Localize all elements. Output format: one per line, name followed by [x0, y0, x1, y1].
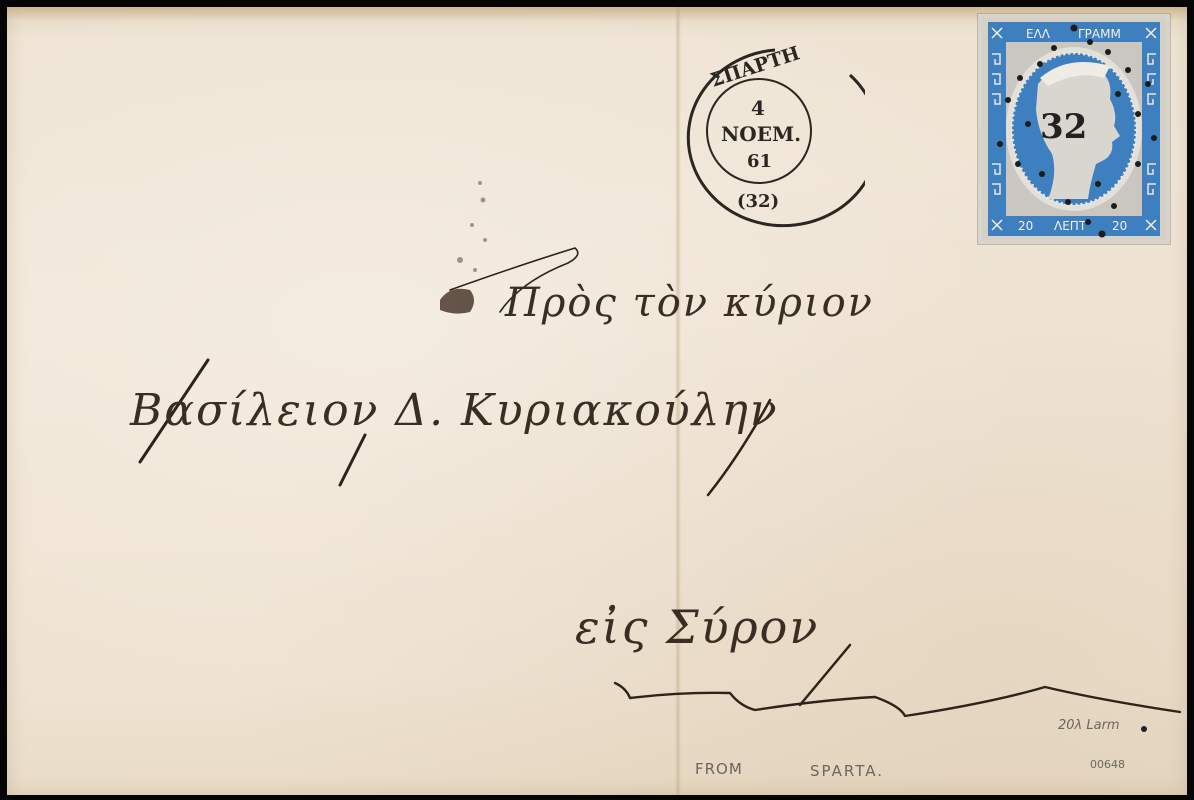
ink-dot: [1141, 726, 1147, 732]
sparta-postmark: ΣΠΑΡΤΗ 4 ΝΟΕΜ. 61 (32): [655, 45, 865, 235]
pencil-from-place: SPARTA.: [810, 762, 884, 780]
stamp-bottom-label: ΛΕΠΤ: [1054, 219, 1087, 233]
address-line-destination: εἰς Σύρον: [575, 600, 819, 654]
stamp-bottom-value-right: 20: [1112, 219, 1127, 233]
hermes-head-stamp: ΕΛΛ ΓΡΑΜΜ 20 ΛΕΠΤ 20: [978, 14, 1170, 244]
stamp-top-right-label: ΓΡΑΜΜ: [1078, 27, 1121, 41]
postmark-year: 61: [747, 151, 772, 172]
postmark-town: ΣΠΑΡΤΗ: [708, 45, 803, 92]
cancel-number: 32: [1040, 107, 1087, 147]
postmark-month: ΝΟΕΜ.: [721, 122, 801, 146]
address-line-recipient: Βασίλειον Δ. Κυριακούλην: [130, 385, 779, 436]
stamp-bottom-value-left: 20: [1018, 219, 1033, 233]
postmark-day: 4: [751, 96, 765, 120]
pencil-note-number: 00648: [1090, 758, 1125, 771]
stamp-top-left-label: ΕΛΛ: [1026, 27, 1051, 41]
address-line-salutation: Πρὸς τὸν κύριον: [505, 280, 874, 326]
postmark-office-number: (32): [737, 191, 779, 212]
pencil-note-catalogue: 20λ Larm: [1058, 718, 1120, 733]
pencil-from-label: FROM: [695, 760, 743, 778]
